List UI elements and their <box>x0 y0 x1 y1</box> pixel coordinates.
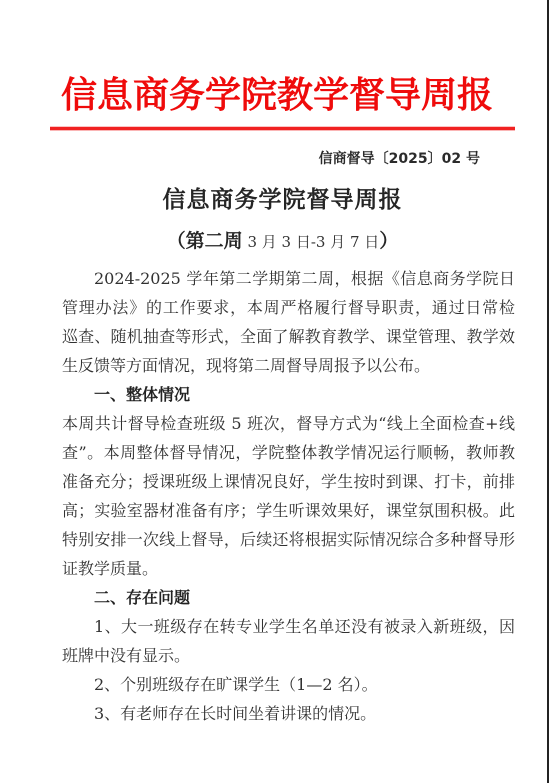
issue-3: 3、有老师存在长时间坐着讲课的情况。 <box>62 699 515 728</box>
issue-1-line-1: 1、大一班级存在转专业学生名单还没有被录入新班级，因此在电子 <box>62 612 515 641</box>
intro-line-4: 生反馈等方面情况，现将第二周督导周报予以公布。 <box>62 351 515 380</box>
page-edge-line <box>547 0 549 783</box>
report-subtitle: （第二周 3 月 3 日-3 月 7 日） <box>50 229 515 255</box>
intro-line-3: 巡查、随机抽查等形式，全面了解教育教学、课堂管理、教学效果、学 <box>62 322 515 351</box>
overall-line-6: 证教学质量。 <box>62 554 515 583</box>
overall-line-5: 特别安排一次线上督导，后续还将根据实际情况综合多种督导形式以保 <box>62 525 515 554</box>
subtitle-date-range: 3 月 3 日-3 月 7 日 <box>243 233 380 251</box>
subtitle-week-label: （第二周 <box>167 230 243 252</box>
report-title: 信息商务学院督导周报 <box>50 186 515 214</box>
intro-line-2: 管理办法》的工作要求，本周严格履行督导职责，通过日常检查、督导 <box>62 293 515 322</box>
issue-2: 2、个别班级存在旷课学生（1—2 名）。 <box>62 670 515 699</box>
subtitle-close-paren: ） <box>379 230 398 252</box>
intro-line-1: 2024-2025 学年第二学期第二周，根据《信息商务学院日常教学督导 <box>62 264 515 293</box>
overall-line-3: 准备充分；授课班级上课情况良好，学生按时到课、打卡，前排就座率 <box>62 467 515 496</box>
overall-line-1: 本周共计督导检查班级 5 班次，督导方式为“线上全面检查+线下随机检 <box>62 409 515 438</box>
masthead-red-rule <box>50 127 515 130</box>
document-number: 信商督导〔2025〕02 号 <box>62 150 480 168</box>
document-page: 信息商务学院教学督导周报 信商督导〔2025〕02 号 信息商务学院督导周报 （… <box>0 0 554 783</box>
masthead-title: 信息商务学院教学督导周报 <box>30 72 524 118</box>
overall-line-2: 查”。本周整体督导情况，学院整体教学情况运行顺畅，教师教学资料 <box>62 438 515 467</box>
report-body: 2024-2025 学年第二学期第二周，根据《信息商务学院日常教学督导 管理办法… <box>62 264 515 728</box>
section-heading-overall-situation: 一、整体情况 <box>62 380 515 409</box>
section-heading-existing-problems: 二、存在问题 <box>62 583 515 612</box>
issue-1-line-2: 班牌中没有显示。 <box>62 641 515 670</box>
overall-line-4: 高；实验室器材准备有序；学生听课效果好，课堂氛围积极。此次督导 <box>62 496 515 525</box>
